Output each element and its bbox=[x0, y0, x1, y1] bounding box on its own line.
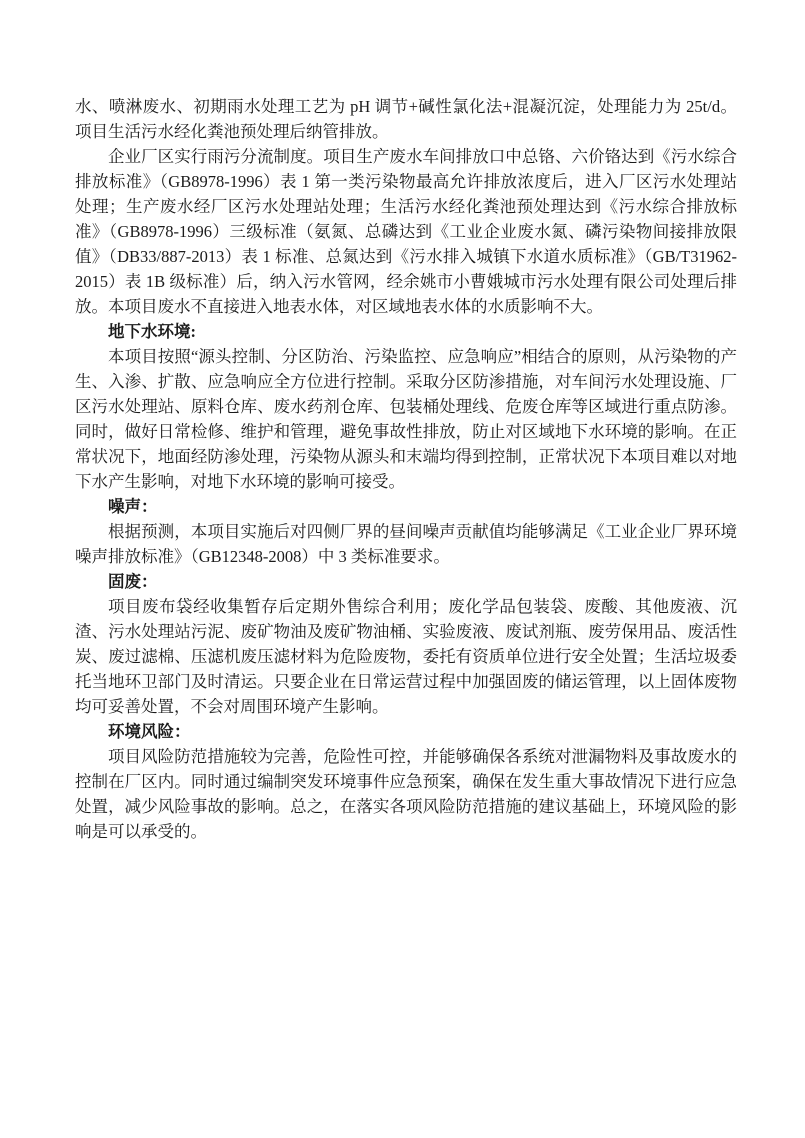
document-page: 水、喷淋废水、初期雨水处理工艺为 pH 调节+碱性氯化法+混凝沉淀，处理能力为 … bbox=[75, 94, 737, 844]
paragraph: 本项目按照“源头控制、分区防治、污染监控、应急响应”相结合的原则，从污染物的产生… bbox=[75, 344, 737, 494]
paragraph: 企业厂区实行雨污分流制度。项目生产废水车间排放口中总铬、六价铬达到《污水综合排放… bbox=[75, 144, 737, 319]
section-heading: 固废： bbox=[75, 569, 737, 594]
paragraph: 根据预测，本项目实施后对四侧厂界的昼间噪声贡献值均能够满足《工业企业厂界环境噪声… bbox=[75, 519, 737, 569]
section-heading: 地下水环境: bbox=[75, 319, 737, 344]
paragraph: 水、喷淋废水、初期雨水处理工艺为 pH 调节+碱性氯化法+混凝沉淀，处理能力为 … bbox=[75, 94, 737, 144]
section-heading: 噪声： bbox=[75, 494, 737, 519]
document-body: 水、喷淋废水、初期雨水处理工艺为 pH 调节+碱性氯化法+混凝沉淀，处理能力为 … bbox=[75, 94, 737, 844]
paragraph: 项目废布袋经收集暂存后定期外售综合利用；废化学品包装袋、废酸、其他废液、沉渣、污… bbox=[75, 594, 737, 719]
paragraph: 项目风险防范措施较为完善，危险性可控，并能够确保各系统对泄漏物料及事故废水的控制… bbox=[75, 744, 737, 844]
section-heading: 环境风险： bbox=[75, 719, 737, 744]
